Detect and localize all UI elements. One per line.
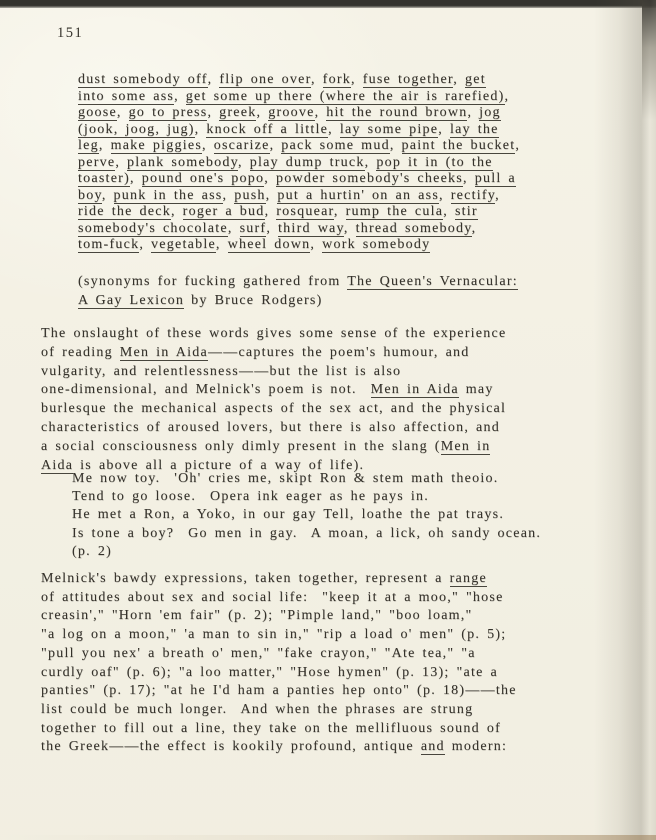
page-gutter-shading <box>594 0 656 840</box>
text-line: leg, make piggies, oscarize, pack some m… <box>78 138 520 155</box>
text-segment: , <box>310 237 322 252</box>
text-segment: , <box>328 122 340 137</box>
text-segment: , <box>311 72 323 87</box>
text-segment: "a log on a moon," 'a man to sin in," "r… <box>41 627 506 642</box>
text-segment: Me now toy. 'Oh' cries me, skipt Ron & s… <box>72 471 498 486</box>
text-line: "a log on a moon," 'a man to sin in," "r… <box>41 626 517 645</box>
underlined-phrase: wheel down <box>228 237 311 253</box>
underlined-phrase: range <box>450 571 487 587</box>
text-line: into some ass, get some up there (where … <box>78 89 520 106</box>
underlined-phrase: hit the round brown <box>326 105 467 121</box>
block-paragraph-1: The onslaught of these words gives some … <box>41 325 506 475</box>
text-segment: , <box>223 188 235 203</box>
underlined-phrase: tom-fuck <box>78 237 139 253</box>
text-segment: (synonyms for fucking gathered from <box>78 274 347 289</box>
text-line: burlesque the mechanical aspects of the … <box>41 400 506 419</box>
scanned-book-page: 151 dust somebody off, flip one over, fo… <box>0 0 656 840</box>
text-segment: the Greek——the effect is kookily profoun… <box>41 739 421 754</box>
text-segment: Is tone a boy? Go men in gay. A moan, a … <box>72 526 541 541</box>
text-line: Tend to go loose. Opera ink eager as he … <box>72 488 541 506</box>
underlined-phrase: ride the deck <box>78 204 171 220</box>
underlined-phrase: pull a <box>475 171 516 187</box>
underlined-phrase: oscarize <box>214 138 270 154</box>
underlined-phrase: Men in Aida <box>120 345 208 361</box>
underlined-phrase: jog <box>479 105 501 121</box>
text-line: one-dimensional, and Melnick's poem is n… <box>41 381 506 400</box>
text-segment: , <box>228 221 240 236</box>
text-segment: , <box>115 155 127 170</box>
underlined-phrase: Men in <box>441 439 491 455</box>
text-line: creasin'," "Horn 'em fair" (p. 2); "Pimp… <box>41 607 517 626</box>
text-line: boy, punk in the ass, push, put a hurtin… <box>78 188 520 205</box>
text-line: somebody's chocolate, surf, third way, t… <box>78 221 520 238</box>
underlined-phrase: The Queen's Vernacular: <box>347 274 518 290</box>
underlined-phrase: rectify <box>451 188 495 204</box>
text-line: He met a Ron, a Yoko, in our gay Tell, l… <box>72 506 541 524</box>
text-segment: vulgarity, and relentlessness——but the l… <box>41 364 401 379</box>
text-segment: , <box>315 105 327 120</box>
text-line: A Gay Lexicon by Bruce Rodgers) <box>78 292 518 311</box>
text-line: goose, go to press, greek, groove, hit t… <box>78 105 520 122</box>
text-segment: , <box>208 72 220 87</box>
underlined-phrase: third way <box>278 221 344 237</box>
text-line: together to fill out a line, they take o… <box>41 720 517 739</box>
page-number: 151 <box>57 25 83 42</box>
underlined-phrase: lay some pipe <box>340 122 438 138</box>
text-segment: , <box>130 171 142 186</box>
text-segment: , <box>453 72 465 87</box>
underlined-phrase: lay the <box>450 122 499 138</box>
underlined-phrase: (jook, joog, jug) <box>78 122 195 138</box>
text-segment: , <box>264 171 276 186</box>
text-line: (synonyms for fucking gathered from The … <box>78 273 518 292</box>
text-segment: "pull you nex' a breath o' men," "fake c… <box>41 646 476 661</box>
underlined-phrase: stir <box>455 204 478 220</box>
underlined-phrase: go to press <box>129 105 208 121</box>
underlined-phrase: fork <box>323 72 351 88</box>
underlined-phrase: work somebody <box>322 237 430 253</box>
underlined-phrase: knock off a little <box>206 122 328 138</box>
underlined-phrase: dust somebody off <box>78 72 208 88</box>
text-segment: , <box>238 155 250 170</box>
underlined-phrase: pack some mud <box>281 138 390 154</box>
block-paragraph-2: Melnick's bawdy expressions, taken toget… <box>41 570 517 757</box>
underlined-phrase: push <box>234 188 265 204</box>
text-segment: , <box>439 188 451 203</box>
text-segment: , <box>365 155 377 170</box>
text-segment: , <box>139 237 151 252</box>
text-segment: , <box>344 221 356 236</box>
text-segment: Tend to go loose. Opera ink eager as he … <box>72 489 429 504</box>
underlined-phrase: perve <box>78 155 115 171</box>
text-segment: , <box>390 138 402 153</box>
underlined-phrase: rosquear <box>276 204 334 220</box>
text-segment: (p. 2) <box>72 544 112 559</box>
text-segment: creasin'," "Horn 'em fair" (p. 2); "Pimp… <box>41 608 473 623</box>
block-poem-quote: Me now toy. 'Oh' cries me, skipt Ron & s… <box>72 470 541 561</box>
text-segment: , <box>195 122 207 137</box>
block-lexicon-list: dust somebody off, flip one over, fork, … <box>78 72 520 254</box>
text-segment: a social consciousness only dimly presen… <box>41 439 441 454</box>
text-segment: modern: <box>445 739 507 754</box>
text-segment: , <box>270 138 282 153</box>
text-line: toaster), pound one's popo, powder someb… <box>78 171 520 188</box>
underlined-phrase: goose <box>78 105 117 121</box>
text-segment: of reading <box>41 345 120 360</box>
text-segment: panties" (p. 17); "at he I'd ham a panti… <box>41 683 517 698</box>
text-line: of attitudes about sex and social life: … <box>41 589 517 608</box>
text-line: (p. 2) <box>72 543 541 561</box>
text-segment: , <box>515 138 520 153</box>
text-line: Is tone a boy? Go men in gay. A moan, a … <box>72 525 541 543</box>
text-segment: curdly oaf" (p. 6); "a loo matter," "Hos… <box>41 665 498 680</box>
text-line: list could be much longer. And when the … <box>41 701 517 720</box>
underlined-phrase: get some up there (where the air is rare… <box>186 89 505 105</box>
underlined-phrase: vegetable <box>151 237 216 253</box>
text-segment: , <box>495 188 500 203</box>
underlined-phrase: make piggies <box>111 138 202 154</box>
text-line: ride the deck, roger a bud, rosquear, ru… <box>78 204 520 221</box>
text-line: perve, plank somebody, play dump truck, … <box>78 155 520 172</box>
text-segment: , <box>202 138 214 153</box>
text-line: "pull you nex' a breath o' men," "fake c… <box>41 645 517 664</box>
underlined-phrase: A Gay Lexicon <box>78 293 184 309</box>
text-line: vulgarity, and relentlessness——but the l… <box>41 363 506 382</box>
underlined-phrase: Men in Aida <box>371 382 459 398</box>
underlined-phrase: roger a bud <box>183 204 265 220</box>
text-segment: , <box>463 171 475 186</box>
underlined-phrase: and <box>421 739 445 755</box>
underlined-phrase: get <box>465 72 486 88</box>
underlined-phrase: put a hurtin' on an ass <box>277 188 439 204</box>
underlined-phrase: plank somebody <box>127 155 238 171</box>
text-segment: , <box>443 204 455 219</box>
text-line: (jook, joog, jug), knock off a little, l… <box>78 122 520 139</box>
text-segment: , <box>266 188 278 203</box>
underlined-phrase: pound one's popo <box>142 171 265 187</box>
text-line: characteristics of aroused lovers, but t… <box>41 419 506 438</box>
block-attribution-note: (synonyms for fucking gathered from The … <box>78 273 518 311</box>
text-segment: , <box>216 237 228 252</box>
underlined-phrase: leg <box>78 138 99 154</box>
text-segment: , <box>265 204 277 219</box>
underlined-phrase: toaster) <box>78 171 130 187</box>
text-segment: characteristics of aroused lovers, but t… <box>41 420 500 435</box>
text-segment: , <box>351 72 363 87</box>
text-segment: , <box>102 188 114 203</box>
text-line: The onslaught of these words gives some … <box>41 325 506 344</box>
text-segment: together to fill out a line, they take o… <box>41 721 501 736</box>
text-segment: , <box>334 204 346 219</box>
text-segment: , <box>207 105 219 120</box>
text-segment: The onslaught of these words gives some … <box>41 326 506 341</box>
text-segment: of attitudes about sex and social life: … <box>41 590 504 605</box>
underlined-phrase: paint the bucket <box>402 138 516 154</box>
underlined-phrase: greek <box>219 105 256 121</box>
underlined-phrase: thread somebody <box>356 221 472 237</box>
underlined-phrase: pop it in (to the <box>376 155 492 171</box>
text-segment: one-dimensional, and Melnick's poem is n… <box>41 382 371 397</box>
text-line: of reading Men in Aida——captures the poe… <box>41 344 506 363</box>
underlined-phrase: into some ass <box>78 89 174 105</box>
underlined-phrase: play dump truck <box>250 155 365 171</box>
text-segment: , <box>467 105 479 120</box>
underlined-phrase: somebody's chocolate <box>78 221 228 237</box>
scan-bottom-edge <box>0 835 656 840</box>
text-segment: burlesque the mechanical aspects of the … <box>41 401 506 416</box>
text-segment: , <box>505 89 510 104</box>
text-segment: may <box>459 382 494 397</box>
text-segment: by Bruce Rodgers) <box>184 293 322 308</box>
text-line: Me now toy. 'Oh' cries me, skipt Ron & s… <box>72 470 541 488</box>
underlined-phrase: rump the cula <box>346 204 444 220</box>
underlined-phrase: punk in the ass <box>114 188 223 204</box>
text-line: dust somebody off, flip one over, fork, … <box>78 72 520 89</box>
text-segment: , <box>174 89 186 104</box>
underlined-phrase: powder somebody's cheeks <box>276 171 463 187</box>
text-line: Melnick's bawdy expressions, taken toget… <box>41 570 517 589</box>
text-line: panties" (p. 17); "at he I'd ham a panti… <box>41 682 517 701</box>
text-segment: , <box>171 204 183 219</box>
text-segment: , <box>117 105 129 120</box>
text-segment: , <box>438 122 450 137</box>
underlined-phrase: fuse together <box>363 72 454 88</box>
text-segment: , <box>472 221 477 236</box>
underlined-phrase: groove <box>268 105 314 121</box>
scan-top-edge <box>0 0 656 8</box>
underlined-phrase: boy <box>78 188 102 204</box>
text-segment: , <box>266 221 278 236</box>
text-segment: He met a Ron, a Yoko, in our gay Tell, l… <box>72 507 504 522</box>
text-segment: , <box>256 105 268 120</box>
text-line: the Greek——the effect is kookily profoun… <box>41 738 517 757</box>
text-segment: list could be much longer. And when the … <box>41 702 473 717</box>
text-line: tom-fuck, vegetable, wheel down, work so… <box>78 237 520 254</box>
text-line: a social consciousness only dimly presen… <box>41 438 506 457</box>
underlined-phrase: flip one over <box>219 72 311 88</box>
underlined-phrase: surf <box>240 221 267 237</box>
text-line: curdly oaf" (p. 6); "a loo matter," "Hos… <box>41 664 517 683</box>
underlined-phrase: Aida <box>41 458 73 474</box>
text-segment: Melnick's bawdy expressions, taken toget… <box>41 571 450 586</box>
text-segment: ——captures the poem's humour, and <box>208 345 470 360</box>
text-segment: , <box>99 138 111 153</box>
